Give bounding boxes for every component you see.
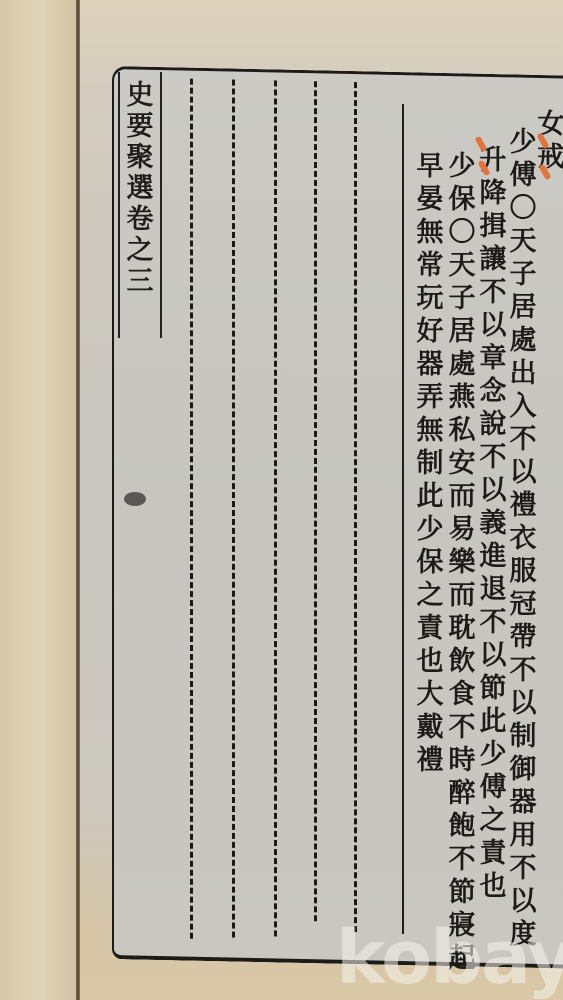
char: 禮	[417, 744, 444, 777]
char: 冠	[510, 588, 537, 621]
title-char: 卷	[127, 204, 154, 235]
column-rule	[354, 82, 357, 932]
char: 以	[510, 456, 537, 489]
title-char: 之	[127, 235, 154, 266]
column-rule	[314, 81, 317, 921]
char: 無	[417, 216, 444, 249]
left-page	[0, 0, 80, 1000]
char: 少	[510, 126, 537, 159]
char: 不	[449, 843, 476, 876]
char: 器	[510, 786, 537, 819]
char: 玩	[417, 282, 444, 315]
title-char: 聚	[127, 142, 154, 173]
char: 以	[480, 639, 507, 672]
char: 保	[449, 183, 476, 216]
char: 常	[417, 249, 444, 282]
char: 節	[480, 672, 507, 705]
char: 不	[480, 441, 507, 474]
char: 揖	[480, 210, 507, 243]
char: 居	[510, 291, 537, 324]
char: 節	[449, 876, 476, 909]
char: 處	[449, 348, 476, 381]
char: 服	[510, 555, 537, 588]
char: 不	[510, 423, 537, 456]
char: 衣	[510, 522, 537, 555]
char: 責	[417, 612, 444, 645]
char: 以	[480, 474, 507, 507]
char: 好	[417, 315, 444, 348]
text-column-3: 升 降 揖 讓 不 以 章 念 說 不 以 義 進 退 不 以 節 此 少 傅 …	[478, 144, 508, 903]
char: 大	[417, 678, 444, 711]
char: 〇	[510, 192, 537, 225]
char: 此	[480, 705, 507, 738]
char: 而	[449, 480, 476, 513]
char: 此	[417, 480, 444, 513]
char: 制	[417, 447, 444, 480]
char: 以	[510, 687, 537, 720]
char: 不	[510, 852, 537, 885]
char: 子	[510, 258, 537, 291]
char: 不	[480, 276, 507, 309]
text-column-5: 早 晏 無 常 玩 好 器 弄 無 制 此 少 保 之 責 也 大 戴 禮	[415, 150, 445, 777]
char: 晏	[417, 183, 444, 216]
char: 飲	[449, 645, 476, 678]
char: 責	[480, 837, 507, 870]
column-rule	[190, 79, 193, 939]
char: 居	[449, 315, 476, 348]
char: 出	[510, 357, 537, 390]
char: 天	[449, 249, 476, 282]
char: 禮	[510, 489, 537, 522]
char: 傅	[480, 771, 507, 804]
char: 說	[480, 408, 507, 441]
char: 入	[510, 390, 537, 423]
text-column-2: 少 傅 〇 天 子 居 處 出 入 不 以 禮 衣 服 冠 帶 不 以 制 御 …	[508, 126, 538, 951]
char: 少	[449, 150, 476, 183]
char: 時	[449, 744, 476, 777]
char: 樂	[449, 546, 476, 579]
char: 私	[449, 414, 476, 447]
char: 食	[449, 678, 476, 711]
text-column-4: 少 保 〇 天 子 居 處 燕 私 安 而 易 樂 而 耽 飲 食 不 時 醉 …	[447, 150, 477, 975]
title-char: 史	[127, 80, 154, 111]
char: 不	[449, 711, 476, 744]
char: 義	[480, 507, 507, 540]
char: 傅	[510, 159, 537, 192]
char: 飽	[449, 810, 476, 843]
title-char: 三	[127, 266, 154, 297]
char: 讓	[480, 243, 507, 276]
char: 以	[480, 309, 507, 342]
char: 易	[449, 513, 476, 546]
char: 御	[510, 753, 537, 786]
char: 戴	[417, 711, 444, 744]
char: 之	[417, 579, 444, 612]
ink-blot	[124, 492, 146, 506]
char: 少	[417, 513, 444, 546]
char: 進	[480, 540, 507, 573]
char: 器	[417, 348, 444, 381]
char: 之	[480, 804, 507, 837]
char: 不	[480, 606, 507, 639]
char: 而	[449, 579, 476, 612]
char: 少	[480, 738, 507, 771]
char: 念	[480, 375, 507, 408]
char: 章	[480, 342, 507, 375]
char: 以	[510, 885, 537, 918]
char: 燕	[449, 381, 476, 414]
title-char: 要	[127, 111, 154, 142]
char: 用	[510, 819, 537, 852]
char: 也	[480, 870, 507, 903]
char: 帶	[510, 621, 537, 654]
char: 無	[417, 414, 444, 447]
char: 降	[480, 177, 507, 210]
char: 安	[449, 447, 476, 480]
watermark: kobay	[336, 915, 563, 1000]
char: 也	[417, 645, 444, 678]
title-char: 選	[127, 173, 154, 204]
char: 處	[510, 324, 537, 357]
char: 制	[510, 720, 537, 753]
column-rule	[274, 80, 277, 936]
char: 弄	[417, 381, 444, 414]
char: 早	[417, 150, 444, 183]
char: 退	[480, 573, 507, 606]
char: 醉	[449, 777, 476, 810]
char: 天	[510, 225, 537, 258]
char: 保	[417, 546, 444, 579]
char: 不	[510, 654, 537, 687]
title-column: 史 要 聚 選 卷 之 三	[118, 72, 162, 338]
char: 子	[449, 282, 476, 315]
char: 耽	[449, 612, 476, 645]
char: 〇	[449, 216, 476, 249]
column-rule	[232, 80, 235, 938]
